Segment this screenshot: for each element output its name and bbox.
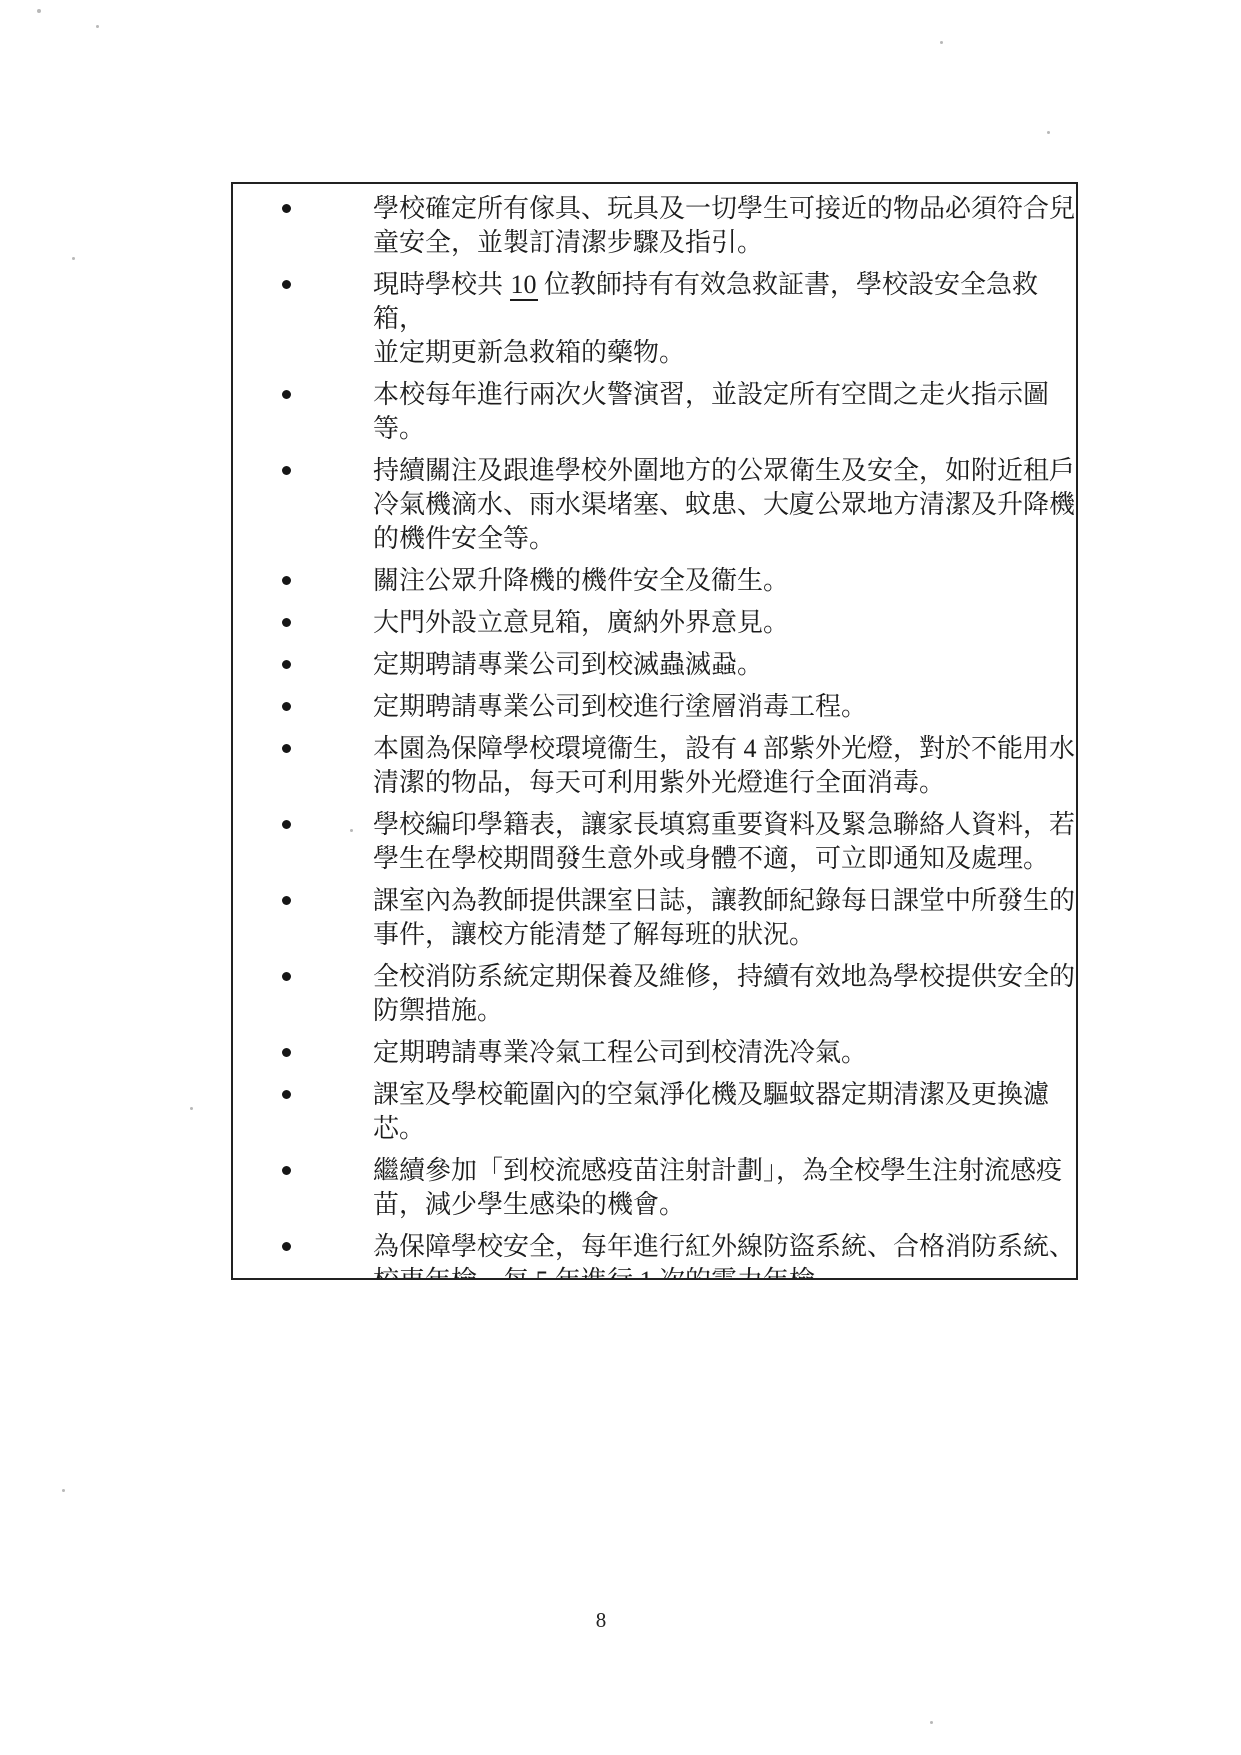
list-item-text: 本校每年進行兩次火警演習，並設定所有空間之走火指示圖 等。 [373,378,1049,446]
list-item-text: 學校編印學籍表，讓家長填寫重要資料及緊急聯絡人資料，若 學生在學校期間發生意外或… [373,808,1075,876]
list-item: 學校確定所有傢具、玩具及一切學生可接近的物品必須符合兒 童安全，並製訂清潔步驟及… [233,192,1076,260]
list-item: 全校消防系統定期保養及維修，持續有效地為學校提供安全的 防禦措施。 [233,960,1076,1028]
bullet-icon [233,564,373,590]
list-item-text: 課室內為教師提供課室日誌，讓教師紀錄每日課堂中所發生的 事件，讓校方能清楚了解每… [373,884,1075,952]
bullet-icon [233,884,373,910]
list-item-text: 課室及學校範圍內的空氣淨化機及驅蚊器定期清潔及更換濾 芯。 [373,1078,1049,1146]
list-item-text: 定期聘請專業冷氣工程公司到校清洗冷氣。 [373,1036,867,1070]
page-number: 8 [583,1608,619,1633]
bullet-icon [233,268,373,294]
bullet-icon [233,1230,373,1256]
list-item: 課室內為教師提供課室日誌，讓教師紀錄每日課堂中所發生的 事件，讓校方能清楚了解每… [233,884,1076,952]
scan-speck [62,1489,65,1492]
list-item: 為保障學校安全，每年進行紅外線防盜系統、合格消防系統、 校車年檢，每 5 年進行… [233,1230,1076,1280]
list-item: 大門外設立意見箱，廣納外界意見。 [233,606,1076,640]
scan-speck [96,25,99,28]
scan-speck [190,1107,193,1110]
list-item-text: 全校消防系統定期保養及維修，持續有效地為學校提供安全的 防禦措施。 [373,960,1075,1028]
bullet-icon [233,1078,373,1104]
list-item-text: 持續關注及跟進學校外圍地方的公眾衛生及安全，如附近租戶 冷氣機滴水、雨水渠堵塞、… [373,454,1075,556]
scan-speck [1047,131,1050,134]
list-item-text: 定期聘請專業公司到校滅蟲滅蝨。 [373,648,763,682]
list-item: 持續關注及跟進學校外圍地方的公眾衛生及安全，如附近租戶 冷氣機滴水、雨水渠堵塞、… [233,454,1076,556]
list-item: 關注公眾升降機的機件安全及衞生。 [233,564,1076,598]
bullet-icon [233,732,373,758]
list-item: 本校每年進行兩次火警演習，並設定所有空間之走火指示圖 等。 [233,378,1076,446]
bullet-icon [233,378,373,404]
scan-speck [37,9,41,13]
bullet-icon [233,1154,373,1180]
list-item: 本園為保障學校環境衞生，設有 4 部紫外光燈，對於不能用水 清潔的物品，每天可利… [233,732,1076,800]
list-item: 繼續參加「到校流感疫苗注射計劃」，為全校學生注射流感疫 苗，減少學生感染的機會。 [233,1154,1076,1222]
list-item: 定期聘請專業冷氣工程公司到校清洗冷氣。 [233,1036,1076,1070]
report-box: 學校確定所有傢具、玩具及一切學生可接近的物品必須符合兒 童安全，並製訂清潔步驟及… [231,182,1078,1280]
bullet-icon [233,606,373,632]
scan-speck [940,41,943,44]
bullet-icon [233,690,373,716]
bullet-icon [233,454,373,480]
list-item: 學校編印學籍表，讓家長填寫重要資料及緊急聯絡人資料，若 學生在學校期間發生意外或… [233,808,1076,876]
list-item-text: 定期聘請專業公司到校進行塗層消毒工程。 [373,690,867,724]
bullet-icon [233,192,373,218]
list-item-text: 學校確定所有傢具、玩具及一切學生可接近的物品必須符合兒 童安全，並製訂清潔步驟及… [373,192,1075,260]
list-item-text: 關注公眾升降機的機件安全及衞生。 [373,564,789,598]
safety-measures-list: 學校確定所有傢具、玩具及一切學生可接近的物品必須符合兒 童安全，並製訂清潔步驟及… [233,192,1076,1280]
scan-speck [930,1721,933,1724]
bullet-icon [233,960,373,986]
list-item-text: 繼續參加「到校流感疫苗注射計劃」，為全校學生注射流感疫 苗，減少學生感染的機會。 [373,1154,1062,1222]
list-item-text: 為保障學校安全，每年進行紅外線防盜系統、合格消防系統、 校車年檢，每 5 年進行… [373,1230,1075,1280]
list-item: 課室及學校範圍內的空氣淨化機及驅蚊器定期清潔及更換濾 芯。 [233,1078,1076,1146]
list-item: 定期聘請專業公司到校滅蟲滅蝨。 [233,648,1076,682]
scan-speck [350,829,353,832]
bullet-icon [233,1036,373,1062]
scan-speck [72,257,75,260]
list-item: 現時學校共 10 位教師持有有效急救証書，學校設安全急救箱， 並定期更新急救箱的… [233,268,1076,370]
list-item-text: 本園為保障學校環境衞生，設有 4 部紫外光燈，對於不能用水 清潔的物品，每天可利… [373,732,1075,800]
bullet-icon [233,648,373,674]
list-item-text: 現時學校共 10 位教師持有有效急救証書，學校設安全急救箱， 並定期更新急救箱的… [373,268,1076,370]
list-item-text: 大門外設立意見箱，廣納外界意見。 [373,606,789,640]
list-item: 定期聘請專業公司到校進行塗層消毒工程。 [233,690,1076,724]
